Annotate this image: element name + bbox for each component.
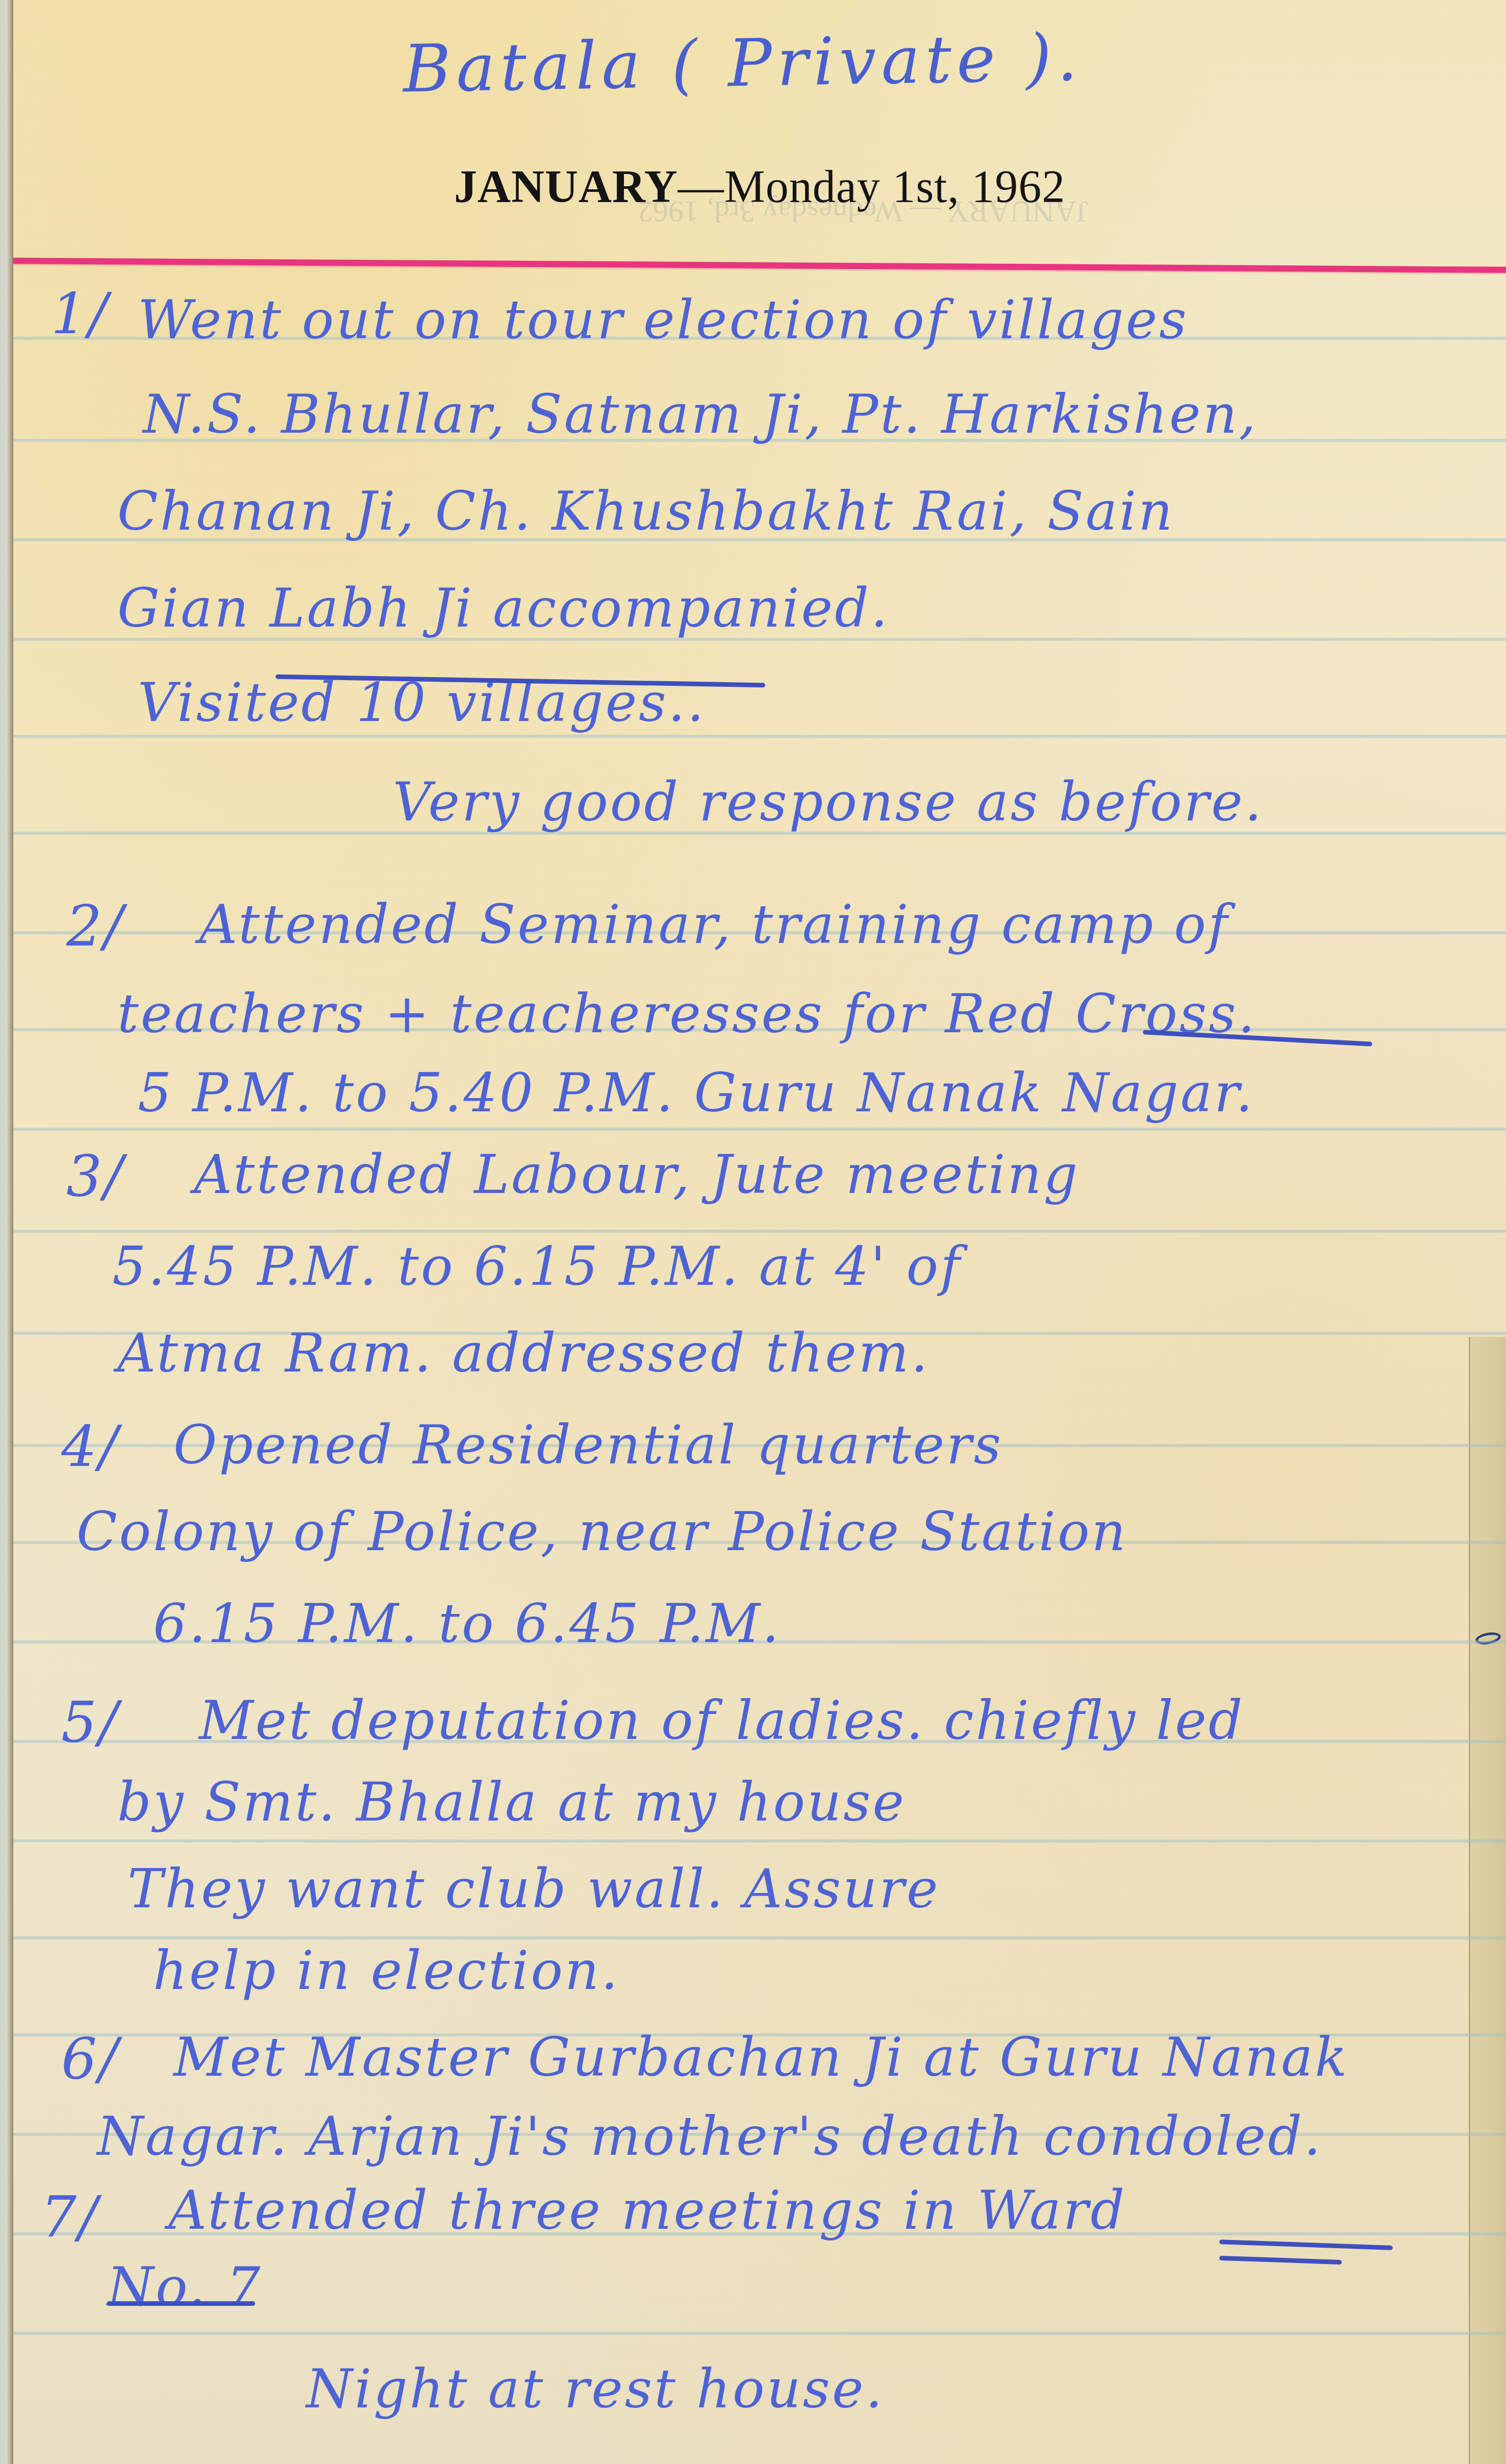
- underline-mark: [107, 2301, 255, 2306]
- entry-line: help in election.: [153, 1944, 620, 1997]
- entry-number: 3/: [66, 1148, 125, 1204]
- entry-number: 2/: [66, 898, 125, 954]
- ruled-line: [13, 1128, 1506, 1131]
- entry-line: N.S. Bhullar, Satnam Ji, Pt. Harkishen,: [143, 388, 1258, 441]
- entry-line: by Smt. Bhalla at my house: [117, 1776, 906, 1829]
- margin-rule: [13, 258, 1506, 273]
- entry-line: Met Master Gurbachan Ji at Guru Nanak: [173, 2031, 1349, 2084]
- place-heading: Batala ( Private ).: [403, 19, 1083, 107]
- adjacent-page-edge: [1469, 1337, 1506, 2464]
- ruled-line: [13, 1839, 1506, 1843]
- entry-number: 6/: [61, 2031, 120, 2087]
- entry-number: 5/: [61, 1694, 120, 1750]
- ruled-line: [13, 735, 1506, 738]
- entry-line: Colony of Police, near Police Station: [77, 1505, 1128, 1558]
- entry-line: Went out on tour election of villages: [138, 293, 1189, 346]
- entry-line: Chanan Ji, Ch. Khushbakht Rai, Sain: [117, 485, 1174, 538]
- date-month: JANUARY: [454, 162, 678, 212]
- entry-line: Nagar. Arjan Ji's mother's death condole…: [97, 2110, 1323, 2163]
- entry-number: 1/: [51, 286, 110, 342]
- entry-line: 5.45 P.M. to 6.15 P.M. at 4' of: [112, 1240, 962, 1293]
- entry-line: Attended three meetings in Ward: [168, 2184, 1126, 2237]
- underline-mark: [1219, 2256, 1342, 2264]
- date-separator: —: [678, 162, 724, 212]
- entry-line: Attended Seminar, training camp of: [199, 898, 1229, 951]
- underline-mark: [1219, 2239, 1393, 2250]
- entry-line: Met deputation of ladies. chiefly led: [199, 1694, 1244, 1747]
- entry-note: Night at rest house.: [306, 2362, 885, 2416]
- ruled-line: [13, 2332, 1506, 2335]
- entry-line: They want club wall. Assure: [128, 1862, 940, 1915]
- entry-line: Atma Ram. addressed them.: [117, 1327, 930, 1380]
- entry-line: 5 P.M. to 5.40 P.M. Guru Nanak Nagar.: [138, 1066, 1254, 1119]
- printed-date-header: JANUARY—Monday 1st, 1962: [454, 161, 1065, 213]
- entry-line: Opened Residential quarters: [173, 1418, 1003, 1472]
- ruled-line: [13, 1230, 1506, 1233]
- entry-line: 6.15 P.M. to 6.45 P.M.: [153, 1597, 781, 1650]
- date-day: Monday 1st, 1962: [724, 162, 1066, 212]
- binding-edge: [0, 0, 13, 2464]
- entry-note: Very good response as before.: [393, 776, 1264, 829]
- entry-line: Attended Labour, Jute meeting: [194, 1148, 1080, 1201]
- entry-line: Gian Labh Ji accompanied.: [117, 582, 890, 635]
- entry-number: 4/: [61, 1418, 120, 1475]
- entry-number: 7/: [41, 2189, 99, 2245]
- entry-line: teachers + teacheresses for Red Cross.: [117, 987, 1257, 1040]
- diary-page: JANUARY — Wednesday 3rd, 1962 Batala ( P…: [0, 0, 1506, 2464]
